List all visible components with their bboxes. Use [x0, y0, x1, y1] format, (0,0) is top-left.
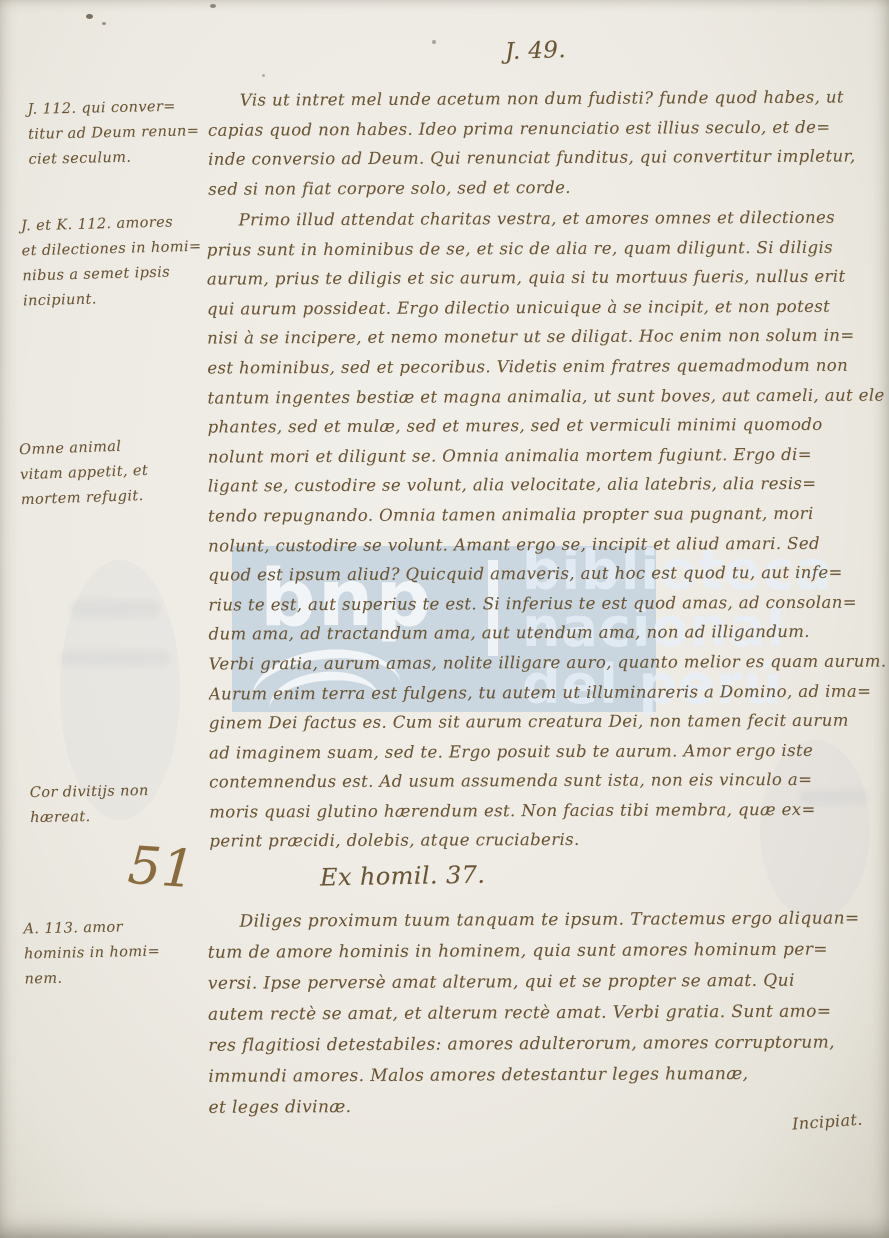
- text-line: quod est ipsum aliud? Quicquid amaveris,…: [208, 558, 886, 591]
- text-line: J. 112. qui conver=: [27, 94, 199, 123]
- margin-note: Cor divitijs nonhæreat.: [30, 779, 150, 831]
- text-line: mortem refugit.: [20, 484, 149, 513]
- manuscript-page: J. 49. bnp biblioteca nacional del perú …: [0, 0, 889, 1238]
- text-line: dum ama, ad tractandum ama, aut utendum …: [208, 617, 886, 650]
- text-line: Aurum enim terra est fulgens, tu autem u…: [209, 676, 887, 709]
- text-line: titur ad Deum renun=: [28, 119, 200, 148]
- text-line: res flagitiosi detestabiles: amores adul…: [208, 1027, 886, 1062]
- margin-note: J. et K. 112. amoreset dilectiones in ho…: [21, 210, 203, 315]
- text-line: Cor divitijs non: [30, 779, 149, 806]
- text-line: prius sunt in hominibus de se, et sic de…: [207, 232, 885, 265]
- margin-note: A. 113. amorhominis in homi=nem.: [23, 915, 161, 993]
- text-line: perint præcidi, dolebis, atque cruciaber…: [209, 824, 887, 857]
- text-line: versi. Ipse perversè amat alterum, qui e…: [208, 965, 886, 1000]
- verso-show-through: [70, 600, 160, 618]
- text-line: autem rectè se amat, et alterum rectè am…: [208, 996, 886, 1031]
- text-line: tantum ingentes bestiæ et magna animalia…: [207, 380, 885, 413]
- margin-note: Omne animalvitam appetit, etmortem refug…: [19, 434, 150, 513]
- text-line: qui aurum possideat. Ergo dilectio unicu…: [207, 291, 885, 324]
- text-line: Diliges proximum tuum tanquam te ipsum. …: [207, 903, 885, 938]
- margin-note: J. 112. qui conver=titur ad Deum renun=c…: [27, 94, 200, 173]
- paragraph: Primo illud attendat charitas vestra, et…: [207, 203, 888, 857]
- text-line: hæreat.: [30, 804, 149, 831]
- text-line: et leges divinæ.: [208, 1089, 886, 1124]
- text-line: rius te est, aut superius te est. Si inf…: [208, 587, 886, 620]
- catchword: Incipiat.: [791, 1110, 863, 1134]
- text-line: Verbi gratia, aurum amas, nolite illigar…: [209, 646, 887, 679]
- ink-speck: [432, 40, 436, 44]
- text-line: ad imaginem suam, sed te. Ergo posuit su…: [209, 735, 887, 768]
- text-line: Primo illud attendat charitas vestra, et…: [207, 203, 885, 236]
- section-number: 51: [126, 836, 197, 901]
- text-line: nolunt mori et diligunt se. Omnia animal…: [208, 439, 886, 472]
- text-line: phantes, sed et mulæ, sed et mures, sed …: [207, 410, 885, 443]
- paragraph: Vis ut intret mel unde acetum non dum fu…: [208, 82, 887, 204]
- text-line: immundi amores. Malos amores detestantur…: [208, 1058, 886, 1093]
- text-line: ciet seculum.: [28, 144, 200, 173]
- text-line: A. 113. amor: [23, 915, 160, 943]
- ink-speck: [86, 14, 93, 19]
- text-line: tum de amore hominis in hominem, quia su…: [208, 934, 886, 969]
- folio-number: J. 49.: [505, 37, 567, 65]
- text-line: Vis ut intret mel unde acetum non dum fu…: [208, 82, 886, 115]
- text-line: incipiunt.: [23, 285, 203, 315]
- text-line: et dilectiones in homi=: [21, 235, 201, 265]
- verso-show-through: [60, 650, 170, 666]
- text-line: moris quasi glutino hærendum est. Non fa…: [209, 794, 887, 827]
- text-line: hominis in homi=: [24, 940, 161, 968]
- text-line: inde conversio ad Deum. Qui renunciat fu…: [208, 141, 886, 174]
- paragraph: Diliges proximum tuum tanquam te ipsum. …: [207, 903, 886, 1124]
- text-line: ligant se, custodire se volunt, alia vel…: [208, 469, 886, 502]
- text-line: ginem Dei factus es. Cum sit aurum creat…: [209, 706, 887, 739]
- text-line: capias quod non habes. Ideo prima renunc…: [208, 112, 886, 145]
- text-line: aurum, prius te diligis et sic aurum, qu…: [207, 262, 885, 295]
- text-line: nem.: [24, 965, 161, 993]
- text-line: contemnendus est. Ad usum assumenda sunt…: [209, 765, 887, 798]
- text-line: nisi à se incipere, et nemo monetur ut s…: [207, 321, 885, 354]
- text-line: sed si non fiat corpore solo, sed et cor…: [208, 171, 886, 204]
- text-line: nolunt, custodire se volunt. Amant ergo …: [208, 528, 886, 561]
- ink-speck: [102, 22, 106, 25]
- text-line: tendo repugnando. Omnia tamen animalia p…: [208, 498, 886, 531]
- ink-speck: [210, 4, 216, 8]
- ink-speck: [262, 74, 265, 77]
- section-heading: Ex homil. 37.: [320, 861, 486, 892]
- text-line: est hominibus, sed et pecoribus. Videtis…: [207, 350, 885, 383]
